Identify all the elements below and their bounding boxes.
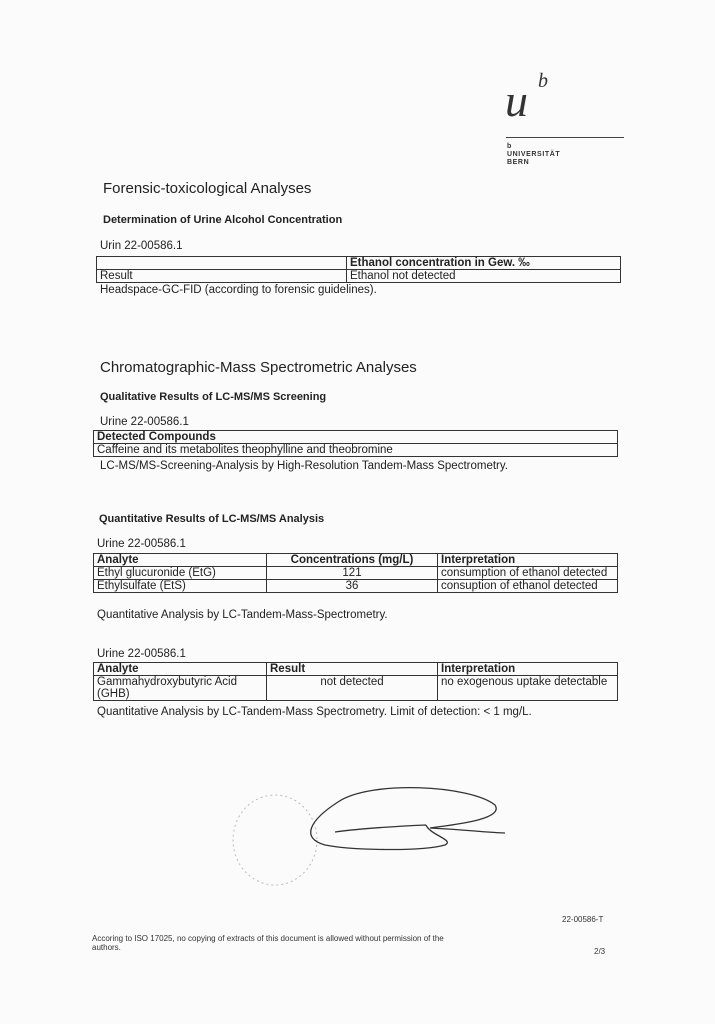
sample-id: Urine 22-00586.1 — [97, 648, 186, 660]
table-row: Ethylsulfate (EtS) 36 consuption of etha… — [94, 580, 618, 593]
table-cell: consuption of ethanol detected — [438, 580, 618, 593]
signature-icon — [230, 760, 530, 890]
table-cell: Result — [97, 270, 347, 283]
method-note: Headspace-GC-FID (according to forensic … — [100, 284, 377, 296]
university-name: b UNIVERSITÄT BERN — [507, 143, 560, 167]
logo-line1: UNIVERSITÄT — [507, 151, 560, 159]
table-header: Interpretation — [438, 554, 618, 567]
table-row: Ethanol concentration in Gew. ‰ — [97, 257, 621, 270]
table-cell: Gammahydroxybutyric Acid (GHB) — [94, 676, 267, 701]
subtitle-urine-alcohol: Determination of Urine Alcohol Concentra… — [103, 214, 342, 226]
table-cell: Ethanol not detected — [347, 270, 621, 283]
table-header: Interpretation — [438, 663, 618, 676]
table-header: Detected Compounds — [94, 431, 618, 444]
table-cell: not detected — [267, 676, 438, 701]
logo-small-b: b — [507, 143, 560, 151]
table-cell: no exogenous uptake detectable — [438, 676, 618, 701]
sample-id: Urine 22-00586.1 — [100, 416, 189, 428]
qualitative-table: Detected Compounds Caffeine and its meta… — [93, 430, 618, 457]
method-note: Quantitative Analysis by LC-Tandem-Mass … — [97, 706, 532, 718]
table-row: Caffeine and its metabolites theophyllin… — [94, 444, 618, 457]
table-row: Ethyl glucuronide (EtG) 121 consumption … — [94, 567, 618, 580]
logo-divider — [506, 137, 624, 138]
subtitle-quantitative: Quantitative Results of LC-MS/MS Analysi… — [99, 513, 324, 525]
section-title-chromatographic: Chromatographic-Mass Spectrometric Analy… — [100, 359, 417, 376]
table-header: Analyte — [94, 663, 267, 676]
table-cell: Ethyl glucuronide (EtG) — [94, 567, 267, 580]
table-row: Gammahydroxybutyric Acid (GHB) not detec… — [94, 676, 618, 701]
table-row: Analyte Concentrations (mg/L) Interpreta… — [94, 554, 618, 567]
section-title-forensic: Forensic-toxicological Analyses — [103, 180, 311, 197]
table-row: Detected Compounds — [94, 431, 618, 444]
quantitative-table: Analyte Concentrations (mg/L) Interpreta… — [93, 553, 618, 593]
table-cell: Caffeine and its metabolites theophyllin… — [94, 444, 618, 457]
logo-line2: BERN — [507, 159, 560, 167]
table-cell: 121 — [267, 567, 438, 580]
table-cell: 36 — [267, 580, 438, 593]
table-cell — [97, 257, 347, 270]
table-header: Ethanol concentration in Gew. ‰ — [347, 257, 621, 270]
table-header: Analyte — [94, 554, 267, 567]
table-header: Result — [267, 663, 438, 676]
ghb-table: Analyte Result Interpretation Gammahydro… — [93, 662, 618, 701]
table-cell: consumption of ethanol detected — [438, 567, 618, 580]
sample-id: Urin 22-00586.1 — [100, 240, 182, 252]
method-note: LC-MS/MS-Screening-Analysis by High-Reso… — [100, 460, 508, 472]
copyright-notice: Accoring to ISO 17025, no copying of ext… — [92, 934, 462, 952]
page-number: 2/3 — [594, 947, 605, 956]
university-logo-mark: u — [505, 78, 525, 124]
table-row: Analyte Result Interpretation — [94, 663, 618, 676]
document-reference: 22-00586-T — [562, 915, 603, 924]
table-cell: Ethylsulfate (EtS) — [94, 580, 267, 593]
sample-id: Urine 22-00586.1 — [97, 538, 186, 550]
table-header: Concentrations (mg/L) — [267, 554, 438, 567]
table-row: Result Ethanol not detected — [97, 270, 621, 283]
alcohol-table: Ethanol concentration in Gew. ‰ Result E… — [96, 256, 621, 283]
subtitle-qualitative: Qualitative Results of LC-MS/MS Screenin… — [100, 391, 326, 403]
university-logo-superscript: b — [538, 70, 548, 93]
method-note: Quantitative Analysis by LC-Tandem-Mass-… — [97, 609, 388, 621]
